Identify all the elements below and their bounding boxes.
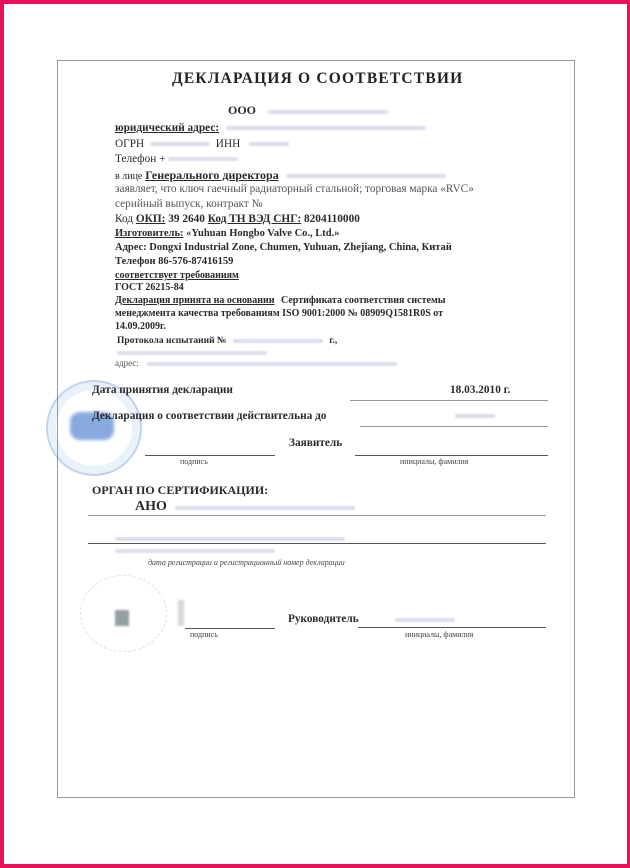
registration-line [88, 543, 546, 544]
legal-address-label: юридический адрес: [115, 122, 219, 134]
basis-text-3: 14.09.2009г. [115, 321, 166, 332]
document-title: ДЕКЛАРАЦИЯ О СООТВЕТСТВИИ [172, 70, 463, 88]
redacted-registration-address [115, 537, 345, 541]
head-name-caption: инициалы, фамилия [405, 630, 473, 639]
adoption-date-line [350, 400, 548, 401]
redacted-org-name [268, 110, 388, 114]
applicant-name-caption: инициалы, фамилия [400, 457, 468, 466]
represented-prefix: в лице [115, 171, 142, 182]
valid-until-label: Декларация о соответствии действительна … [92, 410, 326, 422]
redacted-registration-number [115, 549, 275, 553]
redacted-ogrn [150, 142, 210, 146]
lab-address-label: адрес: [115, 358, 139, 368]
okp-value: 39 2640 [168, 213, 205, 225]
registration-caption: дата регистрации и регистрационный номер… [148, 558, 345, 567]
redacted-certification-org [175, 506, 355, 510]
manufacturer-address: Адрес: Dongxi Industrial Zone, Chumen, Y… [115, 242, 452, 253]
lab-address-row: адрес: [115, 358, 397, 368]
legal-address-row: юридический адрес: [115, 122, 426, 134]
ogrn-label: ОГРН [115, 138, 144, 150]
redacted-lab-address [147, 362, 397, 366]
manufacturer-row: Изготовитель: «Yuhuan Hongbo Valve Co., … [115, 228, 340, 239]
ogrn-row: ОГРН ИНН [115, 138, 289, 150]
redacted-lab-name [117, 351, 267, 355]
compliance-label: соответствует требованиям [115, 270, 239, 281]
head-label: Руководитель [288, 613, 359, 625]
protocol-end: г., [329, 336, 337, 346]
head-name-line [358, 627, 546, 628]
represented-role: Генерального директора [145, 168, 279, 182]
valid-until-line [360, 426, 548, 427]
redacted-legal-address [226, 126, 426, 130]
applicant-org-prefix: ООО [228, 103, 256, 118]
redacted-director-name [286, 174, 446, 178]
redacted-head-name [395, 618, 455, 622]
adoption-date-value: 18.03.2010 г. [450, 384, 510, 396]
certification-org-line [88, 515, 546, 516]
redacted-valid-until-date [455, 414, 495, 418]
head-sign-caption: подпись [190, 630, 218, 639]
statement-line-2: серийный выпуск, контракт № [115, 198, 262, 210]
tnved-label: Код ТН ВЭД СНГ: [208, 213, 301, 225]
phone-label: Телефон + [115, 153, 165, 165]
protocol-label: Протокола испытаний № [117, 336, 226, 346]
codes-row: Код ОКП: 39 2640 Код ТН ВЭД СНГ: 8204110… [115, 213, 360, 225]
redacted-phone [168, 157, 238, 161]
adoption-date-label: Дата принятия декларации [92, 384, 233, 396]
manufacturer-name: «Yuhuan Hongbo Valve Co., Ltd.» [186, 228, 339, 239]
manufacturer-label: Изготовитель: [115, 228, 184, 239]
represented-row: в лице Генерального директора [115, 168, 446, 183]
applicant-signature-line [145, 455, 275, 456]
applicant-sign-caption: подпись [180, 457, 208, 466]
phone-row: Телефон + [115, 153, 238, 165]
manufacturer-phone: Телефон 86-576-87416159 [115, 256, 233, 267]
inn-label: ИНН [216, 138, 240, 150]
redacted-inn [249, 142, 289, 146]
basis-row: Декларация принята на основании Сертифик… [115, 295, 446, 306]
applicant-name-line [355, 455, 548, 456]
basis-text-2: менеджмента качества требованиям ISO 900… [115, 308, 443, 319]
basis-text-1: Сертификата соответствия системы [281, 295, 446, 306]
certification-org-prefix: АНО [135, 499, 167, 515]
redacted-protocol-number [233, 339, 323, 343]
okp-label: ОКП: [136, 213, 166, 225]
statement-line-1: заявляет, что ключ гаечный радиаторный с… [115, 183, 474, 195]
code-prefix: Код [115, 213, 133, 225]
head-signature-line [185, 628, 275, 629]
certification-body-label: ОРГАН ПО СЕРТИФИКАЦИИ: [92, 483, 268, 498]
signature-mark [115, 610, 129, 626]
signature-mark [178, 600, 184, 626]
compliance-standard: ГОСТ 26215-84 [115, 282, 184, 293]
protocol-row: Протокола испытаний № г., [117, 336, 337, 346]
applicant-signature-label: Заявитель [289, 437, 342, 449]
tnved-value: 8204110000 [304, 213, 360, 225]
basis-label: Декларация принята на основании [115, 295, 275, 306]
